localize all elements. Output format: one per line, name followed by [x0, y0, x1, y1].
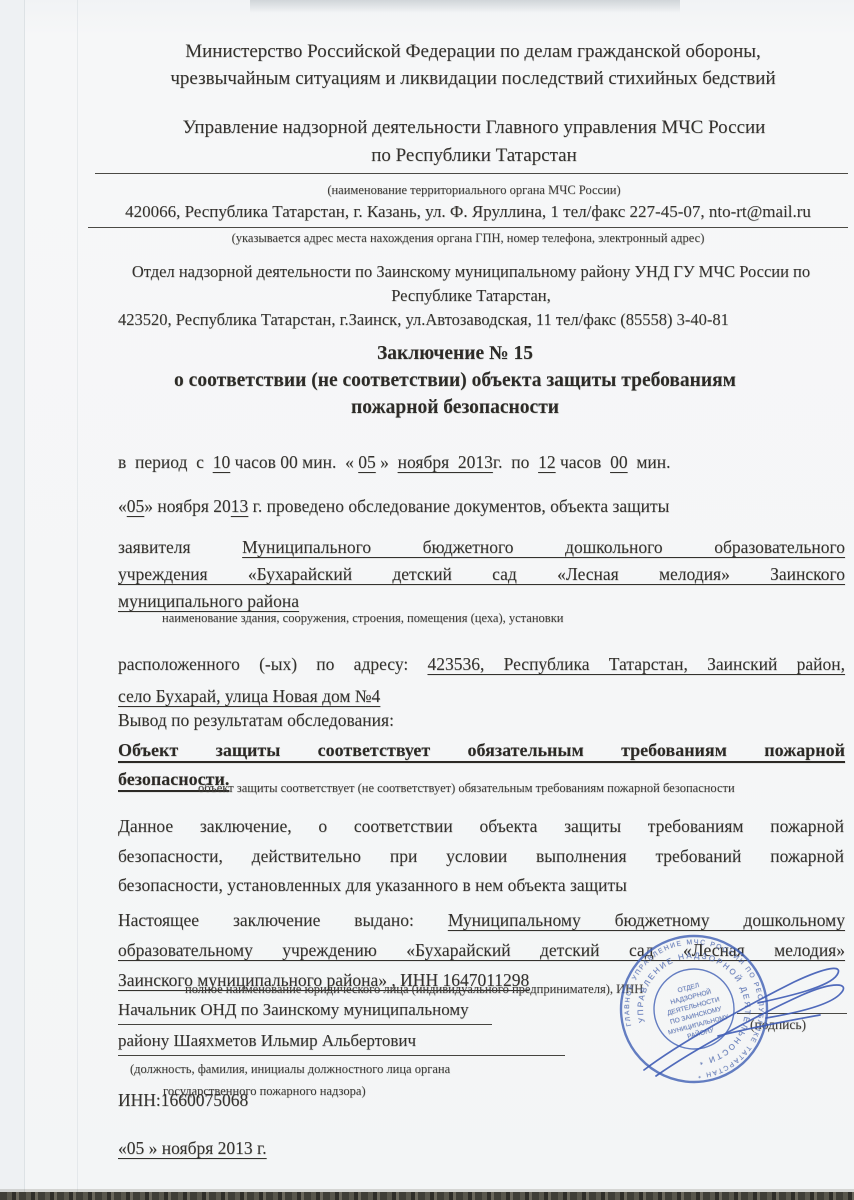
text-segment: 05 [127, 496, 145, 516]
title-line-3: пожарной безопасности [80, 394, 830, 421]
text-segment: 05 [358, 452, 376, 472]
applicant-line-1: заявителя Муниципального бюджетного дошк… [118, 534, 845, 561]
scan-top-shadow [250, 0, 680, 13]
text-segment: 423536, Республика Татарстан, Заинский р… [427, 654, 845, 674]
text-segment: Объект защиты соответствует обязательным… [118, 740, 845, 760]
location-line-1: расположенного (-ых) по адресу: 423536, … [118, 648, 845, 680]
validity-paragraph: Данное заключение, о соответствии объект… [118, 812, 844, 901]
text-segment: заявителя [118, 537, 242, 557]
division-block: Отдел надзорной деятельности по Заинском… [96, 260, 846, 332]
applicant-line-2: учреждения «Бухарайский детский сад «Лес… [118, 561, 845, 588]
text-segment: » ноября 20 [144, 496, 231, 516]
applicant-caption: наименование здания, сооружения, строени… [162, 611, 563, 626]
officer-title-line: Начальник ОНД по Заинскому муниципальном… [118, 1000, 492, 1025]
text-segment: г. по [493, 452, 538, 472]
text-segment: в период с [118, 452, 213, 472]
division-line-1: Отдел надзорной деятельности по Заинском… [96, 260, 846, 284]
ministry-line-2: чрезвычайным ситуациям и ликвидации посл… [100, 65, 846, 92]
title-line-1: Заключение № 15 [80, 340, 830, 367]
text-segment: село Бухарай, улица Новая дом №4 [118, 686, 380, 706]
form-rule [95, 173, 848, 174]
text-segment: мин. [628, 452, 671, 472]
text-segment: 12 [538, 452, 556, 472]
text-segment: муниципального района [118, 591, 299, 611]
signature-stroke-2 [656, 985, 843, 1076]
text-segment: 00 [610, 452, 628, 472]
officer-name-line: району Шаяхметов Ильмир Альбертович [118, 1031, 565, 1056]
validity-line-1: Данное заключение, о соответствии объект… [118, 812, 844, 842]
text-segment: Муниципальному бюджетному дошкольному [448, 910, 845, 930]
text-segment: учреждения «Бухарайский детский сад «Лес… [118, 564, 845, 584]
text-segment: 13 [231, 496, 249, 516]
applicant-paragraph: заявителя Муниципального бюджетного дошк… [118, 534, 845, 615]
ministry-line-1: Министерство Российской Федерации по дел… [100, 38, 846, 65]
text-segment: расположенного (-ых) по адресу: [118, 654, 427, 674]
text-segment: « [118, 496, 127, 516]
address-caption: (указывается адрес места нахождения орга… [88, 231, 848, 246]
text-segment: » [376, 452, 398, 472]
survey-date-line: «05» ноября 2013 г. проведено обследован… [118, 496, 845, 517]
inspection-period-line: в период с 10 часов 00 мин. « 05 » ноябр… [118, 452, 845, 473]
conclusion-line-1: Объект защиты соответствует обязательным… [118, 736, 845, 765]
title-line-2: о соответствии (не соответствии) объекта… [80, 367, 830, 394]
ministry-header: Министерство Российской Федерации по дел… [100, 38, 846, 92]
address-line: 420066, Республика Татарстан, г. Казань,… [88, 202, 848, 228]
scan-left-edge [0, 0, 25, 1200]
department-line-2: по Республики Татарстан [100, 142, 848, 170]
conclusion-intro: Вывод по результатам обследования: [118, 710, 845, 731]
department-line-1: Управление надзорной деятельности Главно… [100, 114, 848, 142]
issued-caption: полное наименование юридического лица (и… [185, 982, 643, 997]
validity-line-3: безопасности, установленных для указанно… [118, 871, 844, 901]
document-title: Заключение № 15 о соответствии (не соотв… [80, 340, 830, 421]
text-segment: Настоящее заключение выдано: [118, 910, 448, 930]
document-page: Министерство Российской Федерации по дел… [0, 0, 854, 1200]
location-paragraph: расположенного (-ых) по адресу: 423536, … [118, 648, 845, 712]
text-segment: ноября 2013 [398, 452, 493, 472]
text-segment: Муниципального бюджетного дошкольного об… [242, 537, 845, 557]
officer-caption-1: (должность, фамилия, инициалы должностно… [130, 1062, 450, 1077]
signature-stroke-1 [644, 968, 839, 1070]
department-header: Управление надзорной деятельности Главно… [100, 114, 848, 204]
address-block: 420066, Республика Татарстан, г. Казань,… [88, 202, 848, 246]
document-date-text: «05 » ноября 2013 г. [118, 1138, 267, 1158]
signature-ink [600, 938, 854, 1088]
text-segment: часов [556, 452, 610, 472]
division-line-2: Республике Татарстан, [96, 284, 846, 308]
scan-fold-line [77, 0, 78, 1200]
text-segment: 10 [213, 452, 231, 472]
officer-inn-line: ИНН:1660075068 [118, 1090, 248, 1111]
division-line-3: 423520, Республика Татарстан, г.Заинск, … [96, 308, 846, 332]
text-segment: часов 00 мин. « [230, 452, 358, 472]
conclusion-caption: объект защиты соответствует (не соответс… [198, 781, 735, 796]
location-line-2: село Бухарай, улица Новая дом №4 [118, 680, 845, 712]
department-caption: (наименование территориального органа МЧ… [100, 176, 848, 204]
validity-line-2: безопасности, действительно при условии … [118, 842, 844, 872]
text-segment: г. проведено обследование документов, об… [248, 496, 669, 516]
scan-bottom-band [0, 1192, 854, 1200]
document-date-line: «05 » ноября 2013 г. [118, 1138, 267, 1159]
